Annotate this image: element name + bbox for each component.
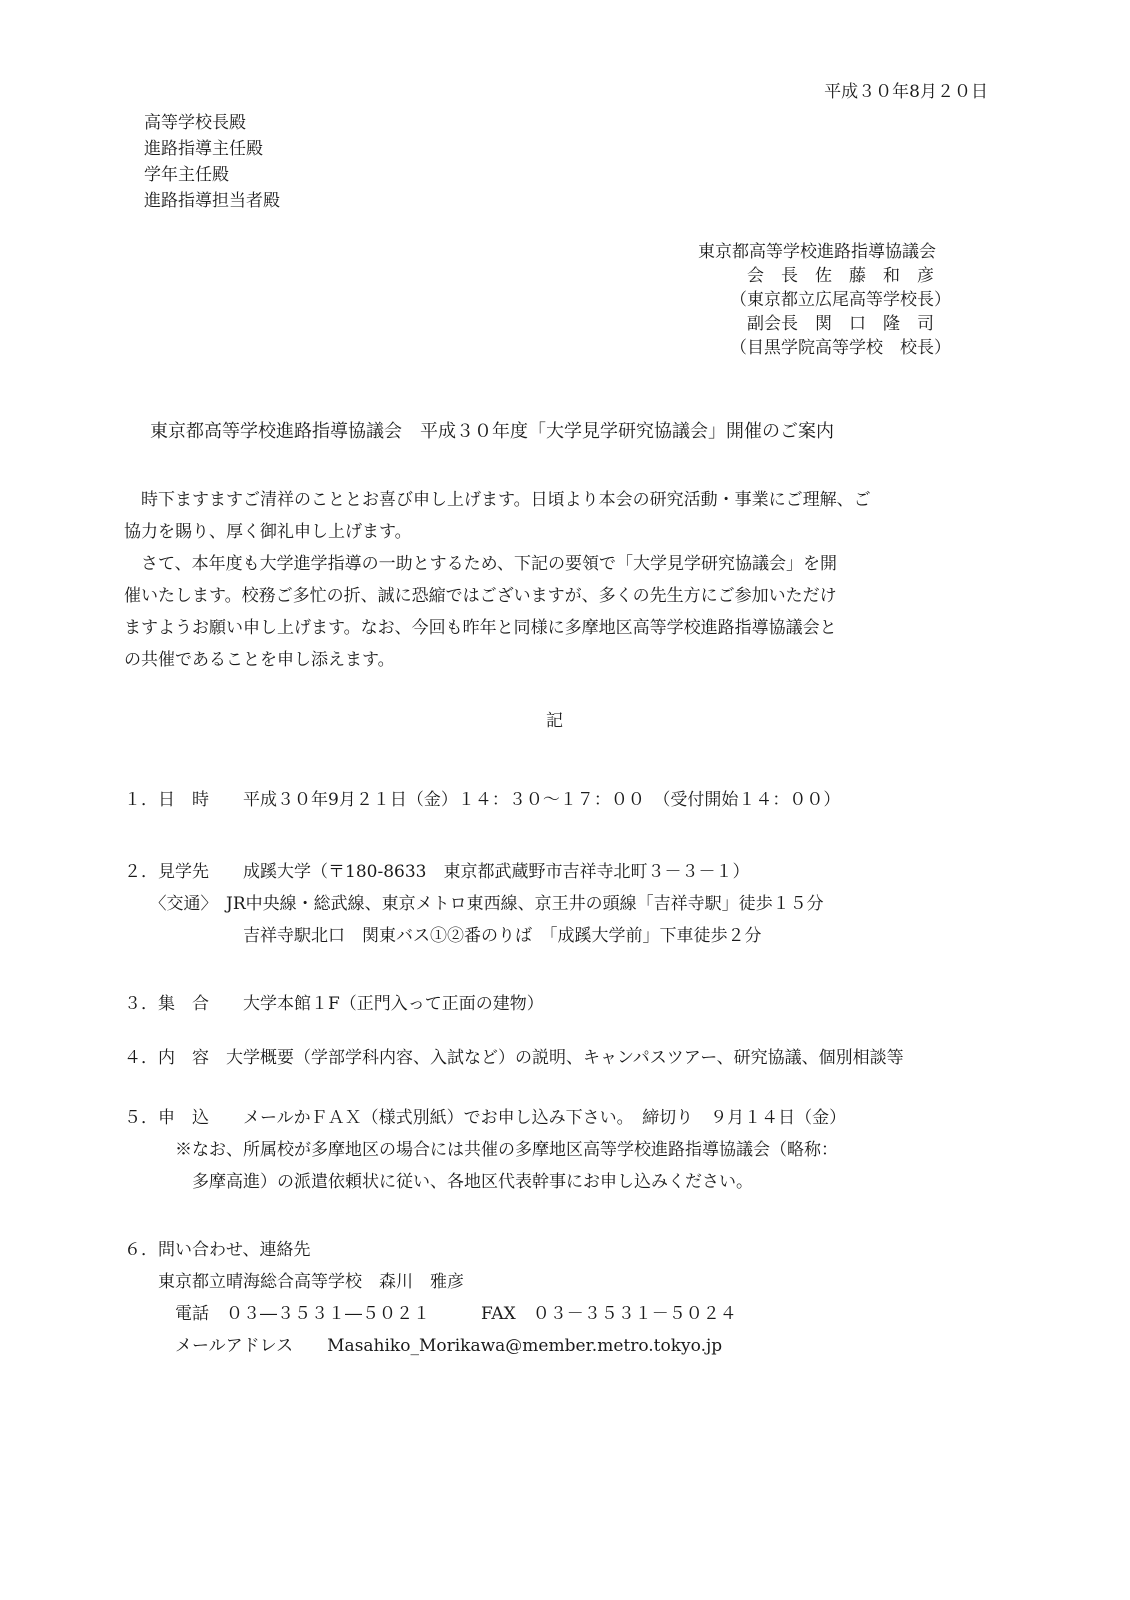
transport-line: 〈交通〉 JR中央線・総武線、東京メトロ東西線、京王井の頭線「吉祥寺駅」徒歩１５… bbox=[124, 888, 824, 920]
ki-heading: 記 bbox=[546, 713, 563, 730]
body-line: 協力を賜り、厚く御礼申し上げます。 bbox=[124, 516, 1004, 548]
body-line: さて、本年度も大学進学指導の一助とするため、下記の要領で「大学見学研究協議会」を… bbox=[124, 548, 1004, 580]
document-title: 東京都高等学校進路指導協議会 平成３０年度「大学見学研究協議会」開催のご案内 bbox=[150, 423, 834, 441]
addressee: 進路指導担当者殿 bbox=[144, 188, 280, 214]
document-date: 平成３０年8月２０日 bbox=[824, 84, 988, 101]
item-content: ４．内 容 大学概要（学部学科内容、入試など）の説明、キャンパスツアー、研究協議… bbox=[124, 1042, 904, 1074]
application-note: 多摩高進）の派遣依頼状に従い、各地区代表幹事にお申し込みください。 bbox=[124, 1166, 846, 1198]
contact-email[interactable]: メールアドレス Masahiko_Morikawa@member.metro.t… bbox=[124, 1330, 737, 1362]
item-datetime: １．日 時 平成３０年9月２１日（金）１４：３０～１７：００ （受付開始１４：０… bbox=[124, 784, 840, 816]
body-line: 催いたします。校務ご多忙の折、誠に恐縮ではございますが、多くの先生方にご参加いた… bbox=[124, 580, 1004, 612]
addressee: 学年主任殿 bbox=[144, 162, 280, 188]
sender-organization: 東京都高等学校進路指導協議会 bbox=[698, 240, 983, 264]
transport-line: 吉祥寺駅北口 関東バス①②番のりば 「成蹊大学前」下車徒歩２分 bbox=[124, 920, 824, 952]
addressee: 進路指導主任殿 bbox=[144, 136, 280, 162]
body-paragraph: 時下ますますご清祥のこととお喜び申し上げます。日頃より本会の研究活動・事業にご理… bbox=[124, 484, 1004, 676]
addressee: 高等学校長殿 bbox=[144, 110, 280, 136]
contact-phone: 電話 ０３―３５３１―５０２１ FAX ０３－３５３１－５０２４ bbox=[124, 1298, 737, 1330]
item-meeting: ３．集 合 大学本館１F（正門入って正面の建物） bbox=[124, 988, 544, 1020]
sender-president-affiliation: （東京都立広尾高等学校長） bbox=[698, 288, 983, 312]
body-line: の共催であることを申し添えます。 bbox=[124, 644, 1004, 676]
sender-president: 会 長 佐 藤 和 彦 bbox=[698, 264, 983, 288]
item-application: ５．申 込 メールかＦＡＸ（様式別紙）でお申し込み下さい。 締切り ９月１４日（… bbox=[124, 1102, 846, 1198]
body-line: ますようお願い申し上げます。なお、今回も昨年と同様に多摩地区高等学校進路指導協議… bbox=[124, 612, 1004, 644]
item-contact: ６．問い合わせ、連絡先 東京都立晴海総合高等学校 森川 雅彦 電話 ０３―３５３… bbox=[124, 1234, 737, 1362]
application-note: ※なお、所属校が多摩地区の場合には共催の多摩地区高等学校進路指導協議会（略称： bbox=[124, 1134, 846, 1166]
body-line: 時下ますますご清祥のこととお喜び申し上げます。日頃より本会の研究活動・事業にご理… bbox=[124, 484, 1004, 516]
sender-block: 東京都高等学校進路指導協議会 会 長 佐 藤 和 彦 （東京都立広尾高等学校長）… bbox=[698, 240, 983, 360]
addressee-list: 高等学校長殿 進路指導主任殿 学年主任殿 進路指導担当者殿 bbox=[144, 110, 280, 214]
sender-vice-president: 副会長 関 口 隆 司 bbox=[698, 312, 983, 336]
contact-person: 東京都立晴海総合高等学校 森川 雅彦 bbox=[124, 1266, 737, 1298]
sender-vice-president-affiliation: （目黒学院高等学校 校長） bbox=[698, 336, 983, 360]
item-venue: ２．見学先 成蹊大学（〒180-8633 東京都武蔵野市吉祥寺北町３－３－１） … bbox=[124, 856, 824, 952]
